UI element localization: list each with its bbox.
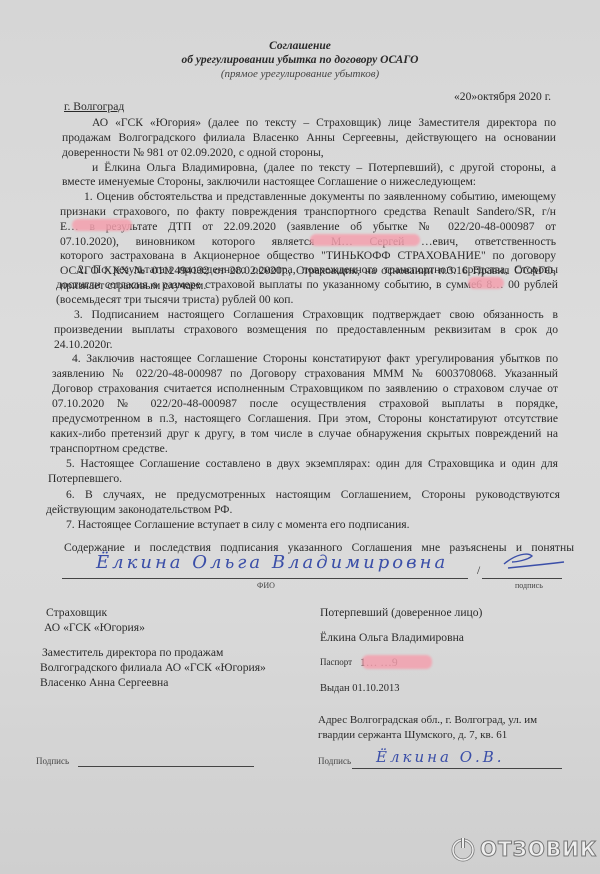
clause-2-line: (восемьдесят три тысячи триста) рублей 0… <box>56 292 293 307</box>
intro-line: АО «ГСК «Югория» (далее по тексту – Стра… <box>92 115 556 130</box>
insurer-position-line: Заместитель директора по продажам <box>42 645 223 660</box>
passport-issued: Выдан 01.10.2013 <box>320 683 400 694</box>
intro-line: и Ёлкина Ольга Владимировна, (далее по т… <box>92 160 556 175</box>
clause-7-line: 7. Настоящее Соглашение вступает в силу … <box>66 517 410 532</box>
clause-4-line: Договор страхования считается исполненны… <box>52 381 558 396</box>
intro-line: продажам Волгоградского филиала Власенко… <box>62 130 556 145</box>
clause-4-line: предусмотренном в п.3, настоящего Соглаш… <box>52 411 558 426</box>
intro-line: вместе именуемые Стороны, заключили наст… <box>62 174 476 189</box>
insurer-signature-line <box>78 766 254 767</box>
clause-1-line: 07.10.2020), виновником которого являетс… <box>60 234 556 249</box>
clause-1-line: 1. Оценив обстоятельства и представленны… <box>84 189 556 204</box>
insurer-role: Страховщик <box>46 605 107 620</box>
fio-underline <box>62 578 468 579</box>
intro-line: доверенности № 981 от 02.09.2020, с одно… <box>62 145 324 160</box>
clause-4-line: 4. Заключив настоящее Соглашение Стороны… <box>72 351 558 366</box>
clause-4-line: каких-либо претензий друг к другу, в том… <box>50 426 558 441</box>
insurer-signature-label: Подпись <box>36 756 69 766</box>
insurer-position-line: Волгоградского филиала АО «ГСК «Югория» <box>40 660 266 675</box>
clause-4-line: заявлению № 022/20-48-000987 по Договору… <box>52 366 558 381</box>
clause-4-line: транспортном средстве. <box>50 441 168 456</box>
victim-role: Потерпевший (доверенное лицо) <box>320 605 482 620</box>
redaction-mark <box>468 277 504 289</box>
signature-label: подпись <box>515 581 543 590</box>
redaction-mark <box>310 234 420 246</box>
fio-label: ФИО <box>257 581 275 590</box>
clause-6-line: 6. В случаях, не предусмотренных настоящ… <box>66 487 560 502</box>
victim-signature-line <box>352 768 562 769</box>
watermark-text: ОТЗОВИК <box>480 837 597 861</box>
document-title: Соглашение <box>0 40 600 52</box>
passport-label: Паспорт <box>320 657 352 667</box>
victim-address-line: Адрес Волгоградская обл., г. Волгоград, … <box>318 713 537 728</box>
clause-1-line: Е… в результате ДТП от 22.09.2020 (заявл… <box>60 219 556 234</box>
clause-2-line: 2. По результатам проведенного осмотра, … <box>78 262 558 277</box>
clause-5-line: 5. Настоящее Соглашение составлено в дву… <box>66 456 558 471</box>
otzovik-watermark: ОТЗОВИК <box>450 836 597 862</box>
clause-6-line: действующим законодательством РФ. <box>46 502 232 517</box>
clause-4-line: 07.10.2020 № 022/20-48-000987 после осущ… <box>52 396 558 411</box>
clause-3-line: 24.10.2020г. <box>54 337 113 352</box>
power-logo-icon <box>450 836 476 862</box>
victim-handwritten-signature: Ёлкина О.В. <box>376 748 505 766</box>
victim-signature-label: Подпись <box>318 756 351 766</box>
document-date: «20»октября 2020 г. <box>454 89 551 104</box>
clause-1-line: которого застрахована в Акционерное обще… <box>60 248 556 263</box>
victim-address-line: гвардии сержанта Шумского, д. 7, кв. 61 <box>318 728 507 743</box>
clause-5-line: Потерпевшего. <box>48 471 122 486</box>
insurer-company: АО «ГСК «Югория» <box>44 620 145 635</box>
clause-1-line: признаки страхового, по факту повреждени… <box>60 204 556 219</box>
signature-underline <box>482 578 562 579</box>
handwritten-signature-icon <box>498 548 568 574</box>
document-city: г. Волгоград <box>64 99 124 114</box>
victim-name: Ёлкина Ольга Владимировна <box>320 630 464 645</box>
document-subtitle: об урегулировании убытка по договору ОСА… <box>0 54 600 66</box>
clause-3-line: 3. Подписанием настоящего Соглашения Стр… <box>74 307 558 322</box>
insurer-name: Власенко Анна Сергеевна <box>40 675 168 690</box>
redaction-mark <box>72 219 132 231</box>
handwritten-fio: Ёлкина Ольга Владимировна <box>96 552 448 573</box>
document-note: (прямое урегулирование убытков) <box>0 68 600 80</box>
redaction-mark <box>362 655 432 669</box>
slash: / <box>477 563 480 578</box>
clause-3-line: произведении выплаты страхового возмещен… <box>54 322 558 337</box>
